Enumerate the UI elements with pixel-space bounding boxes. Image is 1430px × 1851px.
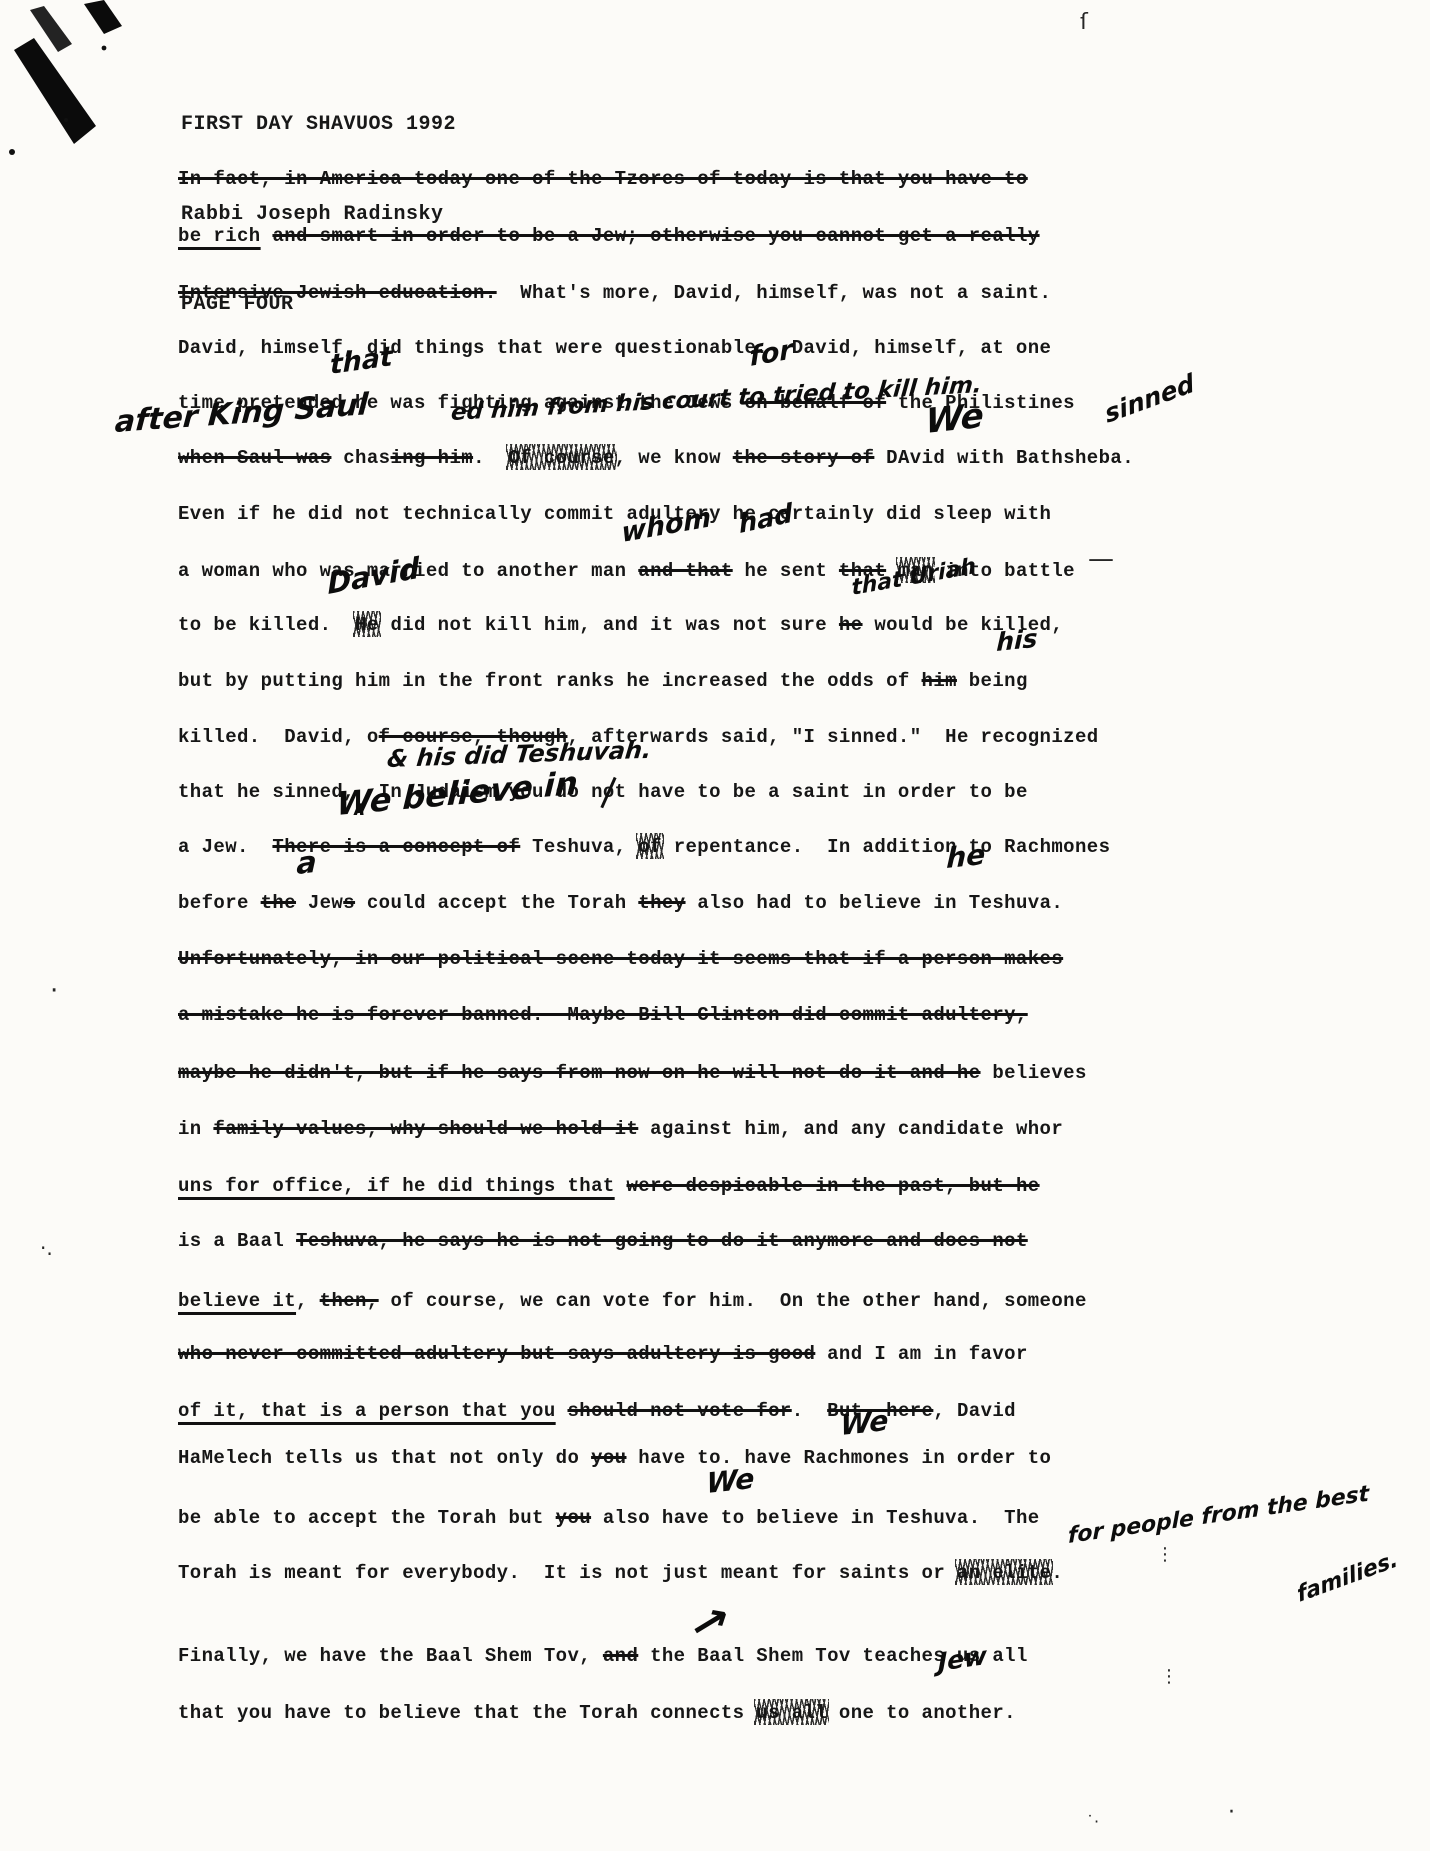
header-title: FIRST DAY SHAVUOS 1992 bbox=[181, 110, 456, 140]
typed-text: have to be a saint in order to be bbox=[626, 781, 1027, 803]
handwritten-annotation: after King Saul bbox=[114, 390, 369, 438]
typed-text: . bbox=[792, 1400, 827, 1422]
page: FIRST DAY SHAVUOS 1992 Rabbi Joseph Radi… bbox=[0, 0, 1430, 1851]
typed-line: that you have to believe that the Torah … bbox=[178, 1702, 1016, 1724]
typed-text: chas bbox=[331, 447, 390, 469]
scribbled-text: He bbox=[355, 614, 379, 636]
scan-mark: ·. bbox=[40, 1238, 53, 1258]
struck-text: the bbox=[261, 892, 296, 914]
struck-text: and that bbox=[638, 560, 732, 582]
typed-line: but by putting him in the front ranks he… bbox=[178, 670, 1028, 692]
typed-line: Finally, we have the Baal Shem Tov, and … bbox=[178, 1645, 1028, 1667]
scribbled-text: us all bbox=[756, 1702, 827, 1724]
typed-text bbox=[615, 1175, 627, 1197]
typed-line: be able to accept the Torah but you also… bbox=[178, 1507, 1040, 1529]
typed-line: in family values, why should we hold it … bbox=[178, 1118, 1063, 1140]
typed-line: HaMelech tells us that not only do you h… bbox=[178, 1447, 1051, 1469]
typed-text bbox=[261, 225, 273, 247]
typed-text: also have to believe in Teshuva. The bbox=[591, 1507, 1039, 1529]
handwritten-annotation: We bbox=[706, 1465, 755, 1498]
typed-line: be rich and smart in order to be a Jew; … bbox=[178, 225, 1040, 247]
typed-text: is a Baal bbox=[178, 1230, 296, 1252]
document-header: FIRST DAY SHAVUOS 1992 Rabbi Joseph Radi… bbox=[181, 50, 456, 380]
typed-line: Torah is meant for everybody. It is not … bbox=[178, 1562, 1063, 1584]
underlined-text: uns for office, if he did things that bbox=[178, 1175, 615, 1197]
struck-text: he bbox=[839, 614, 863, 636]
struck-text: were despicable in the past, but he bbox=[626, 1175, 1039, 1197]
underlined-text: of it, that is a person that you bbox=[178, 1400, 556, 1422]
struck-text: and smart in order to be a Jew; otherwis… bbox=[272, 225, 1039, 247]
typed-text: also had to believe in Teshuva. bbox=[686, 892, 1064, 914]
handwritten-annotation: Jew bbox=[938, 1643, 987, 1675]
typed-text: Finally, we have the Baal Shem Tov, bbox=[178, 1645, 603, 1667]
typed-text: could accept the Torah bbox=[355, 892, 638, 914]
typed-line: who never committed adultery but says ad… bbox=[178, 1343, 1028, 1365]
typed-text: to be killed. bbox=[178, 614, 355, 636]
struck-text: and bbox=[603, 1645, 638, 1667]
underlined-text: believe it bbox=[178, 1290, 296, 1312]
struck-text: you bbox=[556, 1507, 591, 1529]
handwritten-annotation: & his did Teshuvah. bbox=[386, 738, 653, 771]
handwritten-annotation: his bbox=[996, 625, 1038, 655]
typed-text: , David bbox=[933, 1400, 1016, 1422]
struck-text: you bbox=[591, 1447, 626, 1469]
scan-mark: ⋮ bbox=[1156, 1546, 1174, 1564]
scribbled-text: of bbox=[638, 836, 662, 858]
handwritten-annotation: for people from the best bbox=[1068, 1483, 1369, 1548]
struck-text: who never committed adultery but says ad… bbox=[178, 1343, 815, 1365]
typed-text: Teshuva, bbox=[520, 836, 638, 858]
handwritten-annotation: families. bbox=[1295, 1549, 1400, 1607]
struck-text: Teshuva, he says he is not going to do i… bbox=[296, 1230, 1028, 1252]
typed-text: did not kill him, and it was not sure bbox=[379, 614, 839, 636]
struck-text: they bbox=[638, 892, 685, 914]
typed-text: he sent bbox=[733, 560, 839, 582]
typed-text: , bbox=[296, 1290, 320, 1312]
typed-text: believes bbox=[981, 1062, 1087, 1084]
typed-text: . bbox=[1051, 1562, 1063, 1584]
scan-mark: · bbox=[50, 978, 58, 1004]
typed-text: that you have to believe that the Torah … bbox=[178, 1702, 756, 1724]
typed-text: being bbox=[957, 670, 1028, 692]
typed-text: Even if he did not technically commit ad… bbox=[178, 503, 1051, 525]
typed-line: In fact, in America today one of the Tzo… bbox=[178, 168, 1028, 190]
struck-text: a mistake he is forever banned. Maybe Bi… bbox=[178, 1004, 1028, 1026]
typed-text: have to. have Rachmones in order to bbox=[626, 1447, 1051, 1469]
scribbled-text: Of course bbox=[508, 447, 614, 469]
typed-text: HaMelech tells us that not only do bbox=[178, 1447, 591, 1469]
handwritten-annotation: for bbox=[749, 336, 793, 371]
handwritten-annotation: he bbox=[946, 841, 986, 873]
typed-text: one to another. bbox=[827, 1702, 1016, 1724]
typed-text: killed. David, o bbox=[178, 726, 379, 748]
typed-text bbox=[556, 1400, 568, 1422]
struck-text: Intensive Jewish education. bbox=[178, 282, 497, 304]
handwritten-annotation: sinned bbox=[1103, 370, 1196, 427]
typed-line: to be killed. He did not kill him, and i… bbox=[178, 614, 1063, 636]
underlined-text: be rich bbox=[178, 225, 261, 247]
struck-text: ing him bbox=[390, 447, 473, 469]
typed-text: before bbox=[178, 892, 261, 914]
scan-mark: · bbox=[1228, 1802, 1235, 1824]
typed-line: David, himself, did things that were que… bbox=[178, 337, 1051, 359]
ink-smudge bbox=[0, 0, 160, 180]
typed-text: a Jew. bbox=[178, 836, 272, 858]
typed-text: but by putting him in the front ranks he… bbox=[178, 670, 922, 692]
typed-line: that he sinned, In Judaism you do not ha… bbox=[178, 781, 1028, 803]
typed-text: be able to accept the Torah but bbox=[178, 1507, 556, 1529]
typed-line: is a Baal Teshuva, he says he is not goi… bbox=[178, 1230, 1028, 1252]
typed-line: of it, that is a person that you should … bbox=[178, 1400, 1016, 1422]
scan-mark: ⋮ bbox=[1160, 1668, 1178, 1686]
typed-text: David, himself, did things that were que… bbox=[178, 337, 1051, 359]
typed-line: Unfortunately, in our political scene to… bbox=[178, 948, 1063, 970]
typed-text: and I am in favor bbox=[815, 1343, 1027, 1365]
typed-text: . bbox=[473, 447, 508, 469]
scan-mark: ſ bbox=[1080, 12, 1088, 34]
typed-line: believe it, then, of course, we can vote… bbox=[178, 1290, 1087, 1312]
typed-text: Jew bbox=[296, 892, 343, 914]
typed-text: Torah is meant for everybody. It is not … bbox=[178, 1562, 957, 1584]
struck-text: should not vote for bbox=[567, 1400, 791, 1422]
typed-line: when Saul was chasing him. Of course, we… bbox=[178, 447, 1134, 469]
typed-text: , we know bbox=[615, 447, 733, 469]
typed-line: maybe he didn't, but if he says from now… bbox=[178, 1062, 1087, 1084]
struck-text: when Saul was bbox=[178, 447, 331, 469]
typed-line: uns for office, if he did things that we… bbox=[178, 1175, 1040, 1197]
typed-line: a mistake he is forever banned. Maybe Bi… bbox=[178, 1004, 1028, 1026]
scan-mark: ˙· bbox=[1086, 1814, 1099, 1830]
struck-text: maybe he didn't, but if he says from now… bbox=[178, 1062, 981, 1084]
struck-text: s bbox=[343, 892, 355, 914]
typed-text: DAvid with Bathsheba. bbox=[874, 447, 1134, 469]
typed-line: Intensive Jewish education. What's more,… bbox=[178, 282, 1051, 304]
typed-text: What's more, David, himself, was not a s… bbox=[497, 282, 1052, 304]
struck-text: family values, why should we hold it bbox=[213, 1118, 638, 1140]
typed-text: of course, we can vote for him. On the o… bbox=[379, 1290, 1087, 1312]
slashed-text: not bbox=[591, 781, 626, 803]
struck-text: then, bbox=[320, 1290, 379, 1312]
struck-text: him bbox=[922, 670, 957, 692]
handwritten-annotation: a bbox=[296, 848, 317, 880]
typed-text: against him, and any candidate whor bbox=[638, 1118, 1063, 1140]
struck-text: the story of bbox=[733, 447, 875, 469]
typed-line: Even if he did not technically commit ad… bbox=[178, 503, 1051, 525]
typed-line: before the Jews could accept the Torah t… bbox=[178, 892, 1063, 914]
struck-text: In fact, in America today one of the Tzo… bbox=[178, 168, 1028, 190]
scribbled-text: an elite bbox=[957, 1562, 1051, 1584]
typed-text: repentance. In addition to Rachmones bbox=[662, 836, 1110, 858]
typed-text: in bbox=[178, 1118, 213, 1140]
struck-text: Unfortunately, in our political scene to… bbox=[178, 948, 1063, 970]
handwritten-annotation: We bbox=[840, 1407, 889, 1440]
handwritten-annotation: ed him from his court to tried to kill h… bbox=[450, 374, 983, 425]
handwritten-annotation: We bbox=[925, 399, 984, 439]
scan-mark: — bbox=[1088, 546, 1114, 572]
handwritten-annotation: ↗ bbox=[684, 1600, 734, 1649]
handwritten-annotation: We believe in bbox=[336, 767, 579, 820]
